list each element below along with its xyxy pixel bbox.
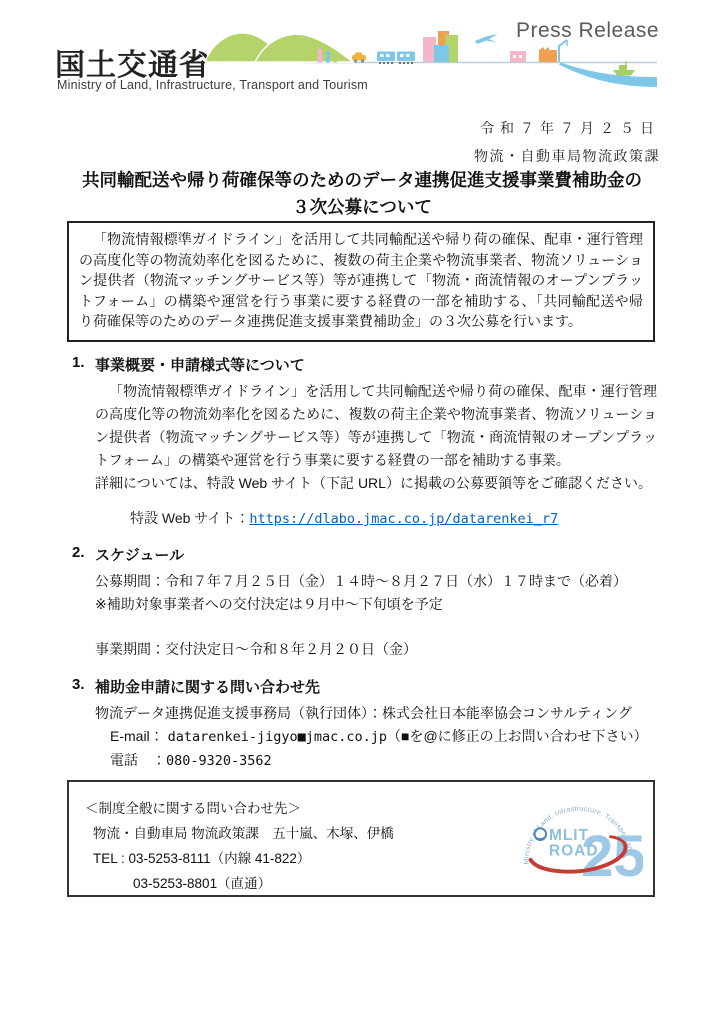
- section1-number: 1.: [72, 354, 95, 375]
- phone-number: 080-9320-3562: [166, 753, 272, 769]
- grant-decision-note: ※補助対象事業者への交付決定は９月中～下旬頃を予定: [95, 593, 657, 616]
- mlit-road-25-logo: Ministry of Land, Infrastructure, Transp…: [517, 786, 643, 892]
- section-schedule: 2. スケジュール 公募期間：令和７年７月２５日（金）１４時～８月２７日（水）１…: [72, 544, 657, 661]
- house-icon: [510, 51, 526, 62]
- buildings-icon: [423, 31, 458, 62]
- special-website-label: 特設 Web サイト：: [130, 510, 249, 526]
- page-title-line2: ３次公募について: [292, 197, 432, 217]
- project-period: 事業期間：交付決定日～令和８年２月２０日（金）: [95, 638, 657, 661]
- release-date: 令和７年７月２５日: [474, 118, 660, 138]
- summary-box: 「物流情報標準ガイドライン」を活用して共同輸配送や帰り荷の確保、配車・運行管理の…: [67, 221, 655, 342]
- section1-heading-text: 事業概要・申請様式等について: [95, 354, 305, 375]
- page-title-line1: 共同輸配送や帰り荷確保等のためのデータ連携促進支援事業費補助金の: [82, 170, 642, 190]
- logo-mlit-text: MLIT: [549, 827, 589, 844]
- special-website-link[interactable]: https://dlabo.jmac.co.jp/datarenkei_r7: [249, 511, 558, 527]
- phone-label: 電話 ：: [110, 752, 166, 768]
- email-line: E-mail： datarenkei-jigyo■jmac.co.jp（■を@に…: [110, 725, 657, 749]
- section-overview: 1. 事業概要・申請様式等について 「物流情報標準ガイドライン」を活用して共同輸…: [72, 354, 657, 528]
- department-name: 物流・自動車局物流政策課: [474, 146, 660, 166]
- special-website-line: 特設 Web サイト：https://dlabo.jmac.co.jp/data…: [130, 508, 657, 528]
- airplane-icon: [475, 34, 498, 44]
- hill-icon: [255, 34, 353, 62]
- email-note: （■を@に修正の上お問い合わせ下さい）: [387, 728, 648, 744]
- email-address: datarenkei-jigyo■jmac.co.jp: [168, 729, 387, 745]
- date-block: 令和７年７月２５日 物流・自動車局物流政策課: [474, 118, 660, 166]
- application-period: 公募期間：令和７年７月２５日（金）１４時～８月２７日（水）１７時まで（必着）: [95, 570, 657, 593]
- page-title: 共同輸配送や帰り荷確保等のためのデータ連携促進支援事業費補助金の ３次公募につい…: [0, 167, 724, 221]
- secretariat-line: 物流データ連携促進支援事務局（執行団体）：株式会社日本能率協会コンサルティング: [95, 702, 657, 725]
- summary-text: 「物流情報標準ガイドライン」を活用して共同輸配送や帰り荷の確保、配車・運行管理の…: [79, 229, 643, 332]
- factory-crane-icon: [539, 40, 567, 62]
- section3-number: 3.: [72, 676, 95, 697]
- phone-line: 電話 ：080-9320-3562: [110, 749, 657, 773]
- section1-paragraph1: 「物流情報標準ガイドライン」を活用して共同輸配送や帰り荷の確保、配車・運行管理の…: [95, 380, 657, 472]
- car-icon: [352, 53, 366, 63]
- general-contact-box: ＜制度全般に関する問い合わせ先＞ 物流・自動車局 物流政策課 五十嵐、木塚、伊橋…: [67, 780, 655, 897]
- section2-number: 2.: [72, 544, 95, 565]
- press-release-page: 国土交通省 Ministry of Land, Infrastructure, …: [0, 0, 724, 1024]
- section1-heading: 1. 事業概要・申請様式等について: [72, 354, 657, 375]
- section1-body: 「物流情報標準ガイドライン」を活用して共同輸配送や帰り荷の確保、配車・運行管理の…: [95, 380, 657, 495]
- landscape-illustration: [205, 26, 660, 90]
- section2-heading: 2. スケジュール: [72, 544, 657, 565]
- spacer: [72, 616, 657, 638]
- section1-paragraph2: 詳細については、特設 Web サイト（下記 URL）に掲載の公募要領等をご確認く…: [95, 472, 657, 495]
- section-contact: 3. 補助金申請に関する問い合わせ先 物流データ連携促進支援事務局（執行団体）：…: [72, 676, 657, 773]
- logo-road-text: ROAD: [549, 842, 599, 859]
- section3-heading-text: 補助金申請に関する問い合わせ先: [95, 676, 320, 697]
- sea-icon: [559, 63, 657, 88]
- section2-heading-text: スケジュール: [95, 544, 184, 565]
- section3-heading: 3. 補助金申請に関する問い合わせ先: [72, 676, 657, 697]
- email-label: E-mail：: [110, 728, 168, 744]
